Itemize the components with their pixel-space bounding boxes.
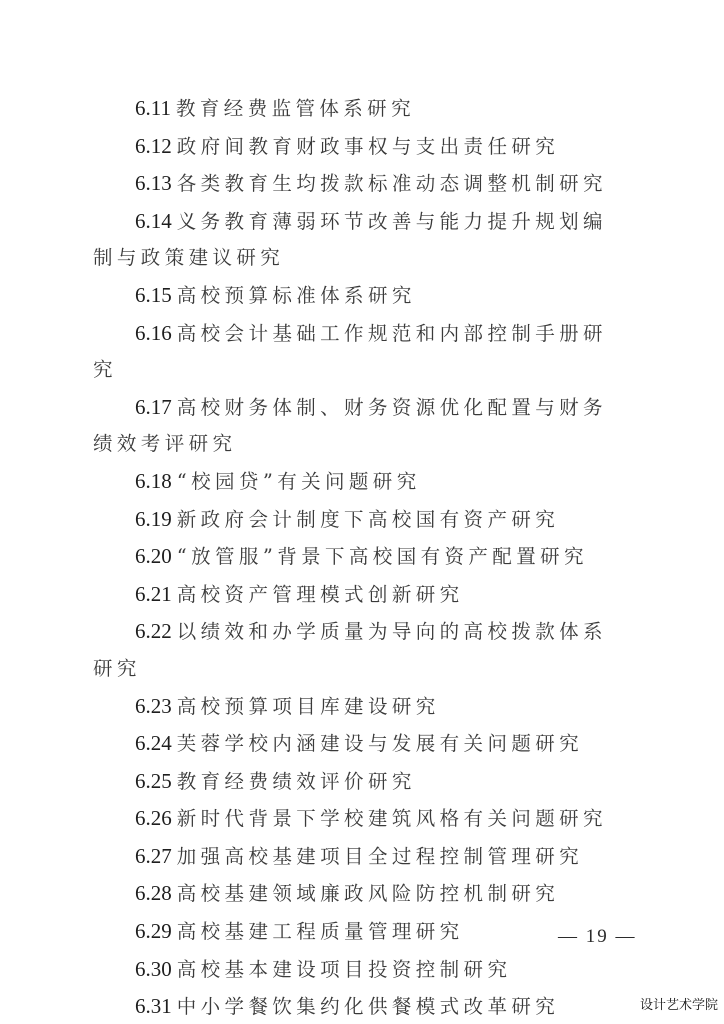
list-item: 6.11教育经费监管体系研究 [93,90,630,128]
item-text: 加强高校基建项目全过程控制管理研究 [177,845,583,868]
research-topic-list: 6.11教育经费监管体系研究 6.12政府间教育财政事权与支出责任研究 6.13… [93,90,630,1024]
item-text: 高校基建工程质量管理研究 [177,920,464,943]
item-number: 6.27 [135,844,172,868]
item-number: 6.21 [135,582,172,606]
list-item: 6.22以绩效和办学质量为导向的高校拨款体系研究 [93,613,630,687]
item-text: 芙蓉学校内涵建设与发展有关问题研究 [177,732,583,755]
item-number: 6.28 [135,881,172,905]
page-number: — 19 — [558,926,637,948]
item-number: 6.15 [135,283,172,307]
item-text: “校园贷”有关问题研究 [177,470,421,493]
item-text: 教育经费监管体系研究 [176,97,415,120]
item-number: 6.13 [135,171,172,195]
item-number: 6.26 [135,806,172,830]
item-text: 新政府会计制度下高校国有资产研究 [177,508,559,531]
item-number: 6.11 [135,96,171,120]
list-item: 6.29高校基建工程质量管理研究 [93,913,630,951]
item-number: 6.31 [135,994,172,1018]
list-item: 6.15高校预算标准体系研究 [93,277,630,315]
item-number: 6.20 [135,544,172,568]
item-number: 6.30 [135,957,172,981]
item-text: 高校基建领域廉政风险防控机制研究 [177,882,559,905]
list-item: 6.28高校基建领域廉政风险防控机制研究 [93,875,630,913]
item-number: 6.18 [135,469,172,493]
item-text: 高校预算项目库建设研究 [177,695,440,718]
item-text: 政府间教育财政事权与支出责任研究 [177,135,559,158]
document-page: 6.11教育经费监管体系研究 6.12政府间教育财政事权与支出责任研究 6.13… [0,0,724,1024]
list-item: 6.25教育经费绩效评价研究 [93,763,630,801]
item-text: “放管服”背景下高校国有资产配置研究 [177,545,588,568]
item-number: 6.24 [135,731,172,755]
item-number: 6.14 [135,209,172,233]
item-text: 高校资产管理模式创新研究 [177,583,464,606]
item-number: 6.22 [135,619,172,643]
item-number: 6.25 [135,769,172,793]
item-text: 高校预算标准体系研究 [177,284,416,307]
list-item: 6.13各类教育生均拨款标准动态调整机制研究 [93,165,630,203]
item-number: 6.23 [135,694,172,718]
item-number: 6.19 [135,507,172,531]
item-number: 6.29 [135,919,172,943]
list-item: 6.31中小学餐饮集约化供餐模式改革研究 [93,988,630,1024]
item-text: 教育经费绩效评价研究 [177,770,416,793]
item-text: 新时代背景下学校建筑风格有关问题研究 [177,807,607,830]
item-text: 各类教育生均拨款标准动态调整机制研究 [177,172,607,195]
list-item: 6.30高校基本建设项目投资控制研究 [93,951,630,989]
item-number: 6.12 [135,134,172,158]
list-item: 6.14义务教育薄弱环节改善与能力提升规划编制与政策建议研究 [93,203,630,277]
list-item: 6.19新政府会计制度下高校国有资产研究 [93,501,630,539]
list-item: 6.12政府间教育财政事权与支出责任研究 [93,128,630,166]
list-item: 6.23高校预算项目库建设研究 [93,688,630,726]
item-text: 高校基本建设项目投资控制研究 [177,958,512,981]
list-item: 6.17高校财务体制、财务资源优化配置与财务绩效考评研究 [93,389,630,463]
list-item: 6.24芙蓉学校内涵建设与发展有关问题研究 [93,725,630,763]
item-number: 6.16 [135,321,172,345]
list-item: 6.18“校园贷”有关问题研究 [93,463,630,501]
list-item: 6.20“放管服”背景下高校国有资产配置研究 [93,538,630,576]
item-number: 6.17 [135,395,172,419]
list-item: 6.26新时代背景下学校建筑风格有关问题研究 [93,800,630,838]
list-item: 6.16高校会计基础工作规范和内部控制手册研究 [93,315,630,389]
item-text: 中小学餐饮集约化供餐模式改革研究 [177,995,559,1018]
list-item: 6.21高校资产管理模式创新研究 [93,576,630,614]
watermark-label: 设计艺术学院 [640,994,718,1013]
list-item: 6.27加强高校基建项目全过程控制管理研究 [93,838,630,876]
